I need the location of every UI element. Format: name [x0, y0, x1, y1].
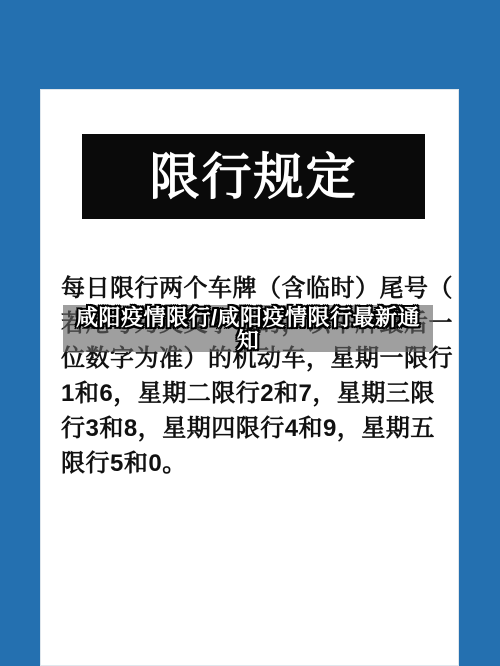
- banner-title: 限行规定: [150, 152, 358, 202]
- page-background: { "image": { "background_color": "#2470b…: [0, 0, 500, 666]
- restriction-rules-banner: 限行规定: [82, 134, 425, 219]
- caption-overlay: 咸阳疫情限行/咸阳疫情限行最新通 知: [63, 305, 433, 352]
- restriction-details-text: 每日限行两个车牌（含临时）尾号（ 若尾号为英文字母的，以车牌最后一 位数字为准）…: [61, 271, 455, 481]
- caption-title: 咸阳疫情限行/咸阳疫情限行最新通 知: [76, 306, 420, 352]
